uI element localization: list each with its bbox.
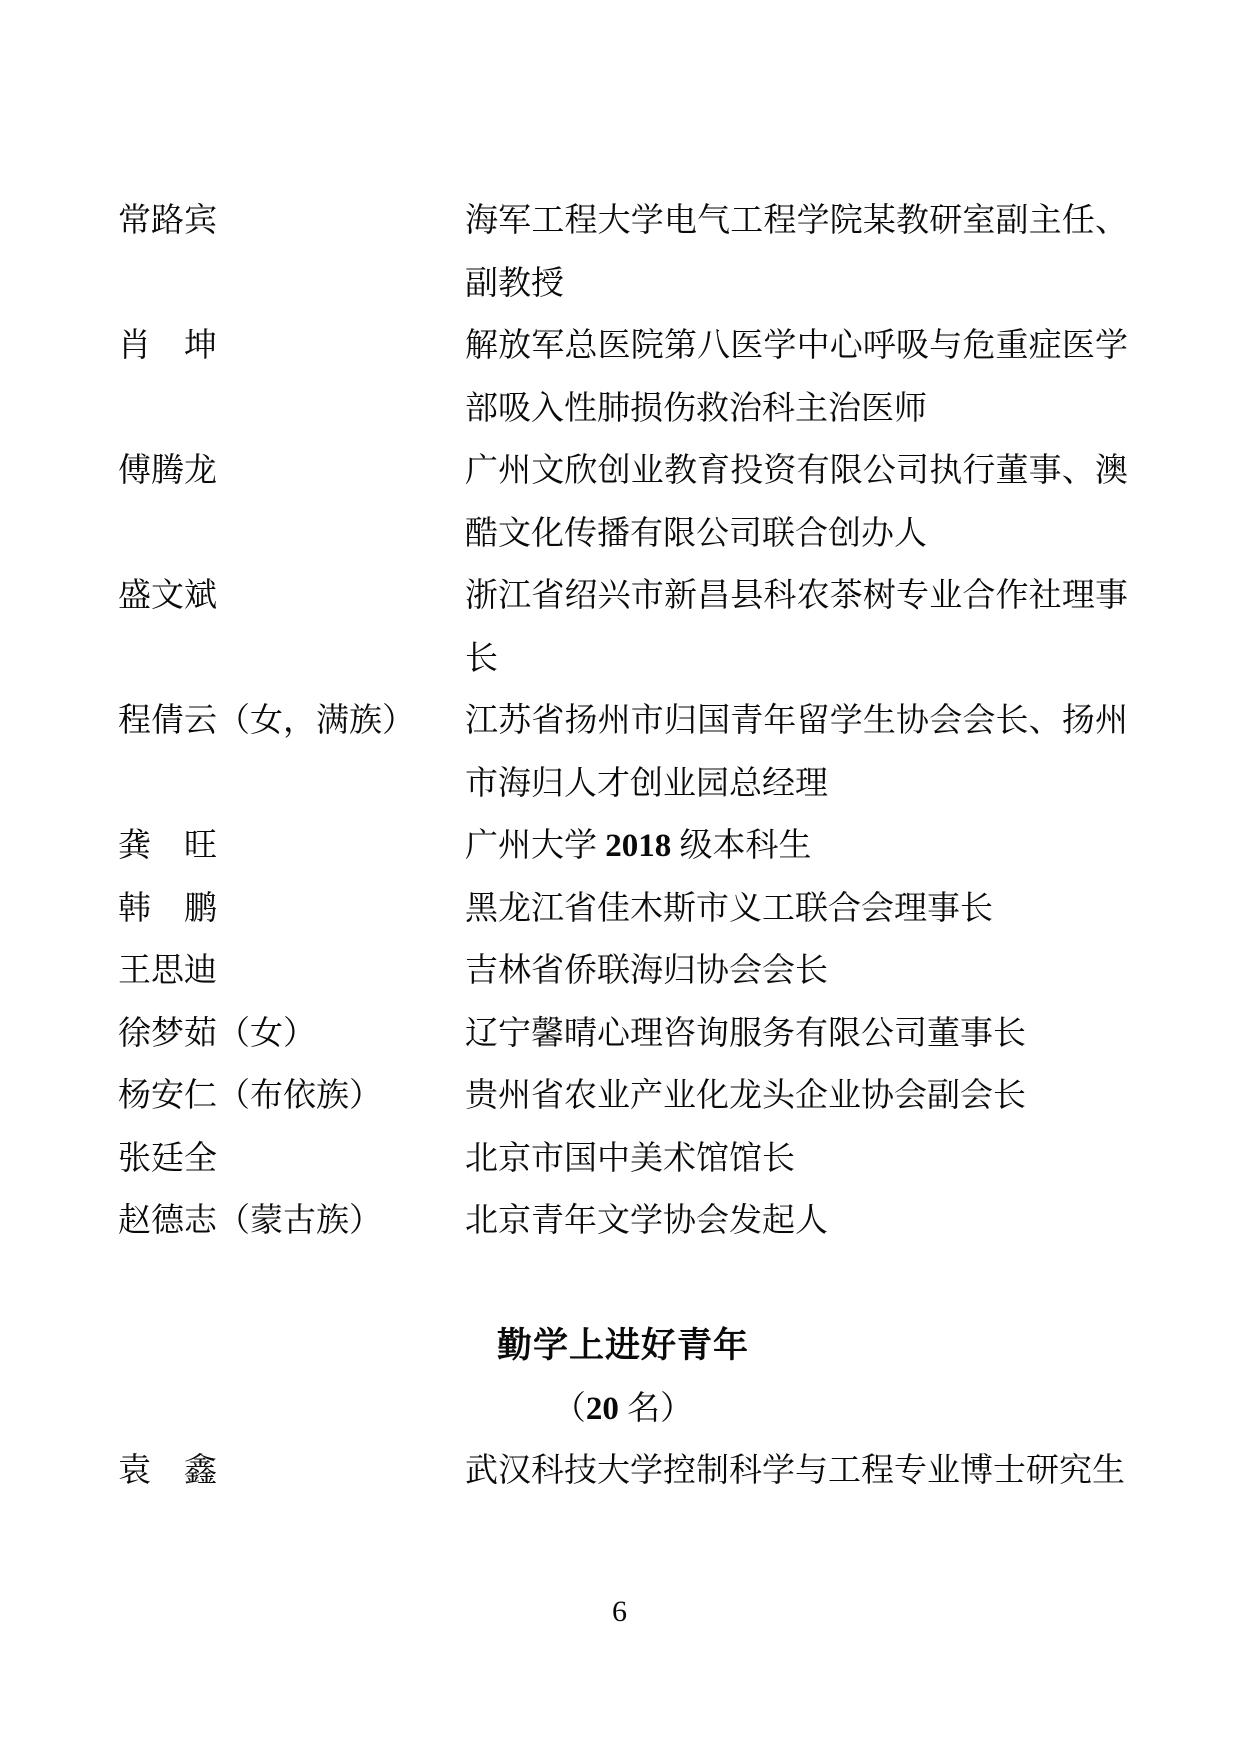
count-open-paren: （ bbox=[553, 1391, 586, 1427]
honoree-description: 江苏省扬州市归国青年留学生协会会长、扬州市海归人才创业园总经理 bbox=[465, 690, 1128, 815]
list-item: 肖 坤 解放军总医院第八医学中心呼吸与危重症医学部吸入性肺损伤救治科主治医师 bbox=[118, 315, 1128, 440]
honoree-description: 浙江省绍兴市新昌县科农茶树专业合作社理事长 bbox=[465, 565, 1128, 690]
section-heading: 勤学上进好青年 （20 名） bbox=[118, 1315, 1128, 1440]
honoree-description: 武汉科技大学控制科学与工程专业博士研究生 bbox=[465, 1440, 1128, 1503]
list-item: 徐梦茹（女） 辽宁馨晴心理咨询服务有限公司董事长 bbox=[118, 1003, 1128, 1066]
list-item: 韩 鹏 黑龙江省佳木斯市义工联合会理事长 bbox=[118, 878, 1128, 941]
honoree-name: 张廷全 bbox=[118, 1128, 465, 1191]
description-text: 级本科生 bbox=[671, 828, 811, 864]
honoree-description: 北京青年文学协会发起人 bbox=[465, 1190, 1128, 1253]
description-year: 2018 bbox=[605, 828, 671, 864]
honoree-description: 贵州省农业产业化龙头企业协会副会长 bbox=[465, 1065, 1128, 1128]
count-close-paren: 名） bbox=[619, 1391, 693, 1427]
list-item: 程倩云（女，满族） 江苏省扬州市归国青年留学生协会会长、扬州市海归人才创业园总经… bbox=[118, 690, 1128, 815]
honoree-description: 吉林省侨联海归协会会长 bbox=[465, 940, 1128, 1003]
honoree-description: 广州文欣创业教育投资有限公司执行董事、澳酷文化传播有限公司联合创办人 bbox=[465, 440, 1128, 565]
list-item: 傅腾龙 广州文欣创业教育投资有限公司执行董事、澳酷文化传播有限公司联合创办人 bbox=[118, 440, 1128, 565]
honoree-description: 辽宁馨晴心理咨询服务有限公司董事长 bbox=[465, 1003, 1128, 1066]
section-title: 勤学上进好青年 bbox=[118, 1315, 1128, 1378]
list-item: 杨安仁（布依族） 贵州省农业产业化龙头企业协会副会长 bbox=[118, 1065, 1128, 1128]
honoree-description: 广州大学 2018 级本科生 bbox=[465, 815, 1128, 878]
honoree-name: 傅腾龙 bbox=[118, 440, 465, 503]
count-number: 20 bbox=[586, 1391, 619, 1427]
list-item: 袁 鑫 武汉科技大学控制科学与工程专业博士研究生 bbox=[118, 1440, 1128, 1503]
section-count: （20 名） bbox=[118, 1378, 1128, 1441]
honoree-name: 常路宾 bbox=[118, 190, 465, 253]
page-number: 6 bbox=[0, 1591, 1239, 1633]
honoree-name: 肖 坤 bbox=[118, 315, 465, 378]
list-item: 王思迪 吉林省侨联海归协会会长 bbox=[118, 940, 1128, 1003]
honoree-list-2: 袁 鑫 武汉科技大学控制科学与工程专业博士研究生 bbox=[118, 1440, 1128, 1503]
list-item: 张廷全 北京市国中美术馆馆长 bbox=[118, 1128, 1128, 1191]
honoree-list: 常路宾 海军工程大学电气工程学院某教研室副主任、副教授 肖 坤 解放军总医院第八… bbox=[118, 190, 1128, 1253]
honoree-name: 龚 旺 bbox=[118, 815, 465, 878]
list-item: 常路宾 海军工程大学电气工程学院某教研室副主任、副教授 bbox=[118, 190, 1128, 315]
honoree-name: 程倩云（女，满族） bbox=[118, 690, 465, 753]
document-page: { "page": { "entries": [ { "name": "常路宾"… bbox=[0, 0, 1239, 1749]
honoree-name: 盛文斌 bbox=[118, 565, 465, 628]
honoree-name: 杨安仁（布依族） bbox=[118, 1065, 465, 1128]
description-text: 广州大学 bbox=[465, 828, 605, 864]
honoree-description: 黑龙江省佳木斯市义工联合会理事长 bbox=[465, 878, 1128, 941]
honoree-description: 海军工程大学电气工程学院某教研室副主任、副教授 bbox=[465, 190, 1128, 315]
list-item: 龚 旺 广州大学 2018 级本科生 bbox=[118, 815, 1128, 878]
list-item: 赵德志（蒙古族） 北京青年文学协会发起人 bbox=[118, 1190, 1128, 1253]
honoree-name: 袁 鑫 bbox=[118, 1440, 465, 1503]
honoree-name: 徐梦茹（女） bbox=[118, 1003, 465, 1066]
honoree-description: 解放军总医院第八医学中心呼吸与危重症医学部吸入性肺损伤救治科主治医师 bbox=[465, 315, 1128, 440]
honoree-description: 北京市国中美术馆馆长 bbox=[465, 1128, 1128, 1191]
honoree-name: 赵德志（蒙古族） bbox=[118, 1190, 465, 1253]
document-content: 常路宾 海军工程大学电气工程学院某教研室副主任、副教授 肖 坤 解放军总医院第八… bbox=[118, 190, 1128, 1503]
list-item: 盛文斌 浙江省绍兴市新昌县科农茶树专业合作社理事长 bbox=[118, 565, 1128, 690]
honoree-name: 王思迪 bbox=[118, 940, 465, 1003]
honoree-name: 韩 鹏 bbox=[118, 878, 465, 941]
